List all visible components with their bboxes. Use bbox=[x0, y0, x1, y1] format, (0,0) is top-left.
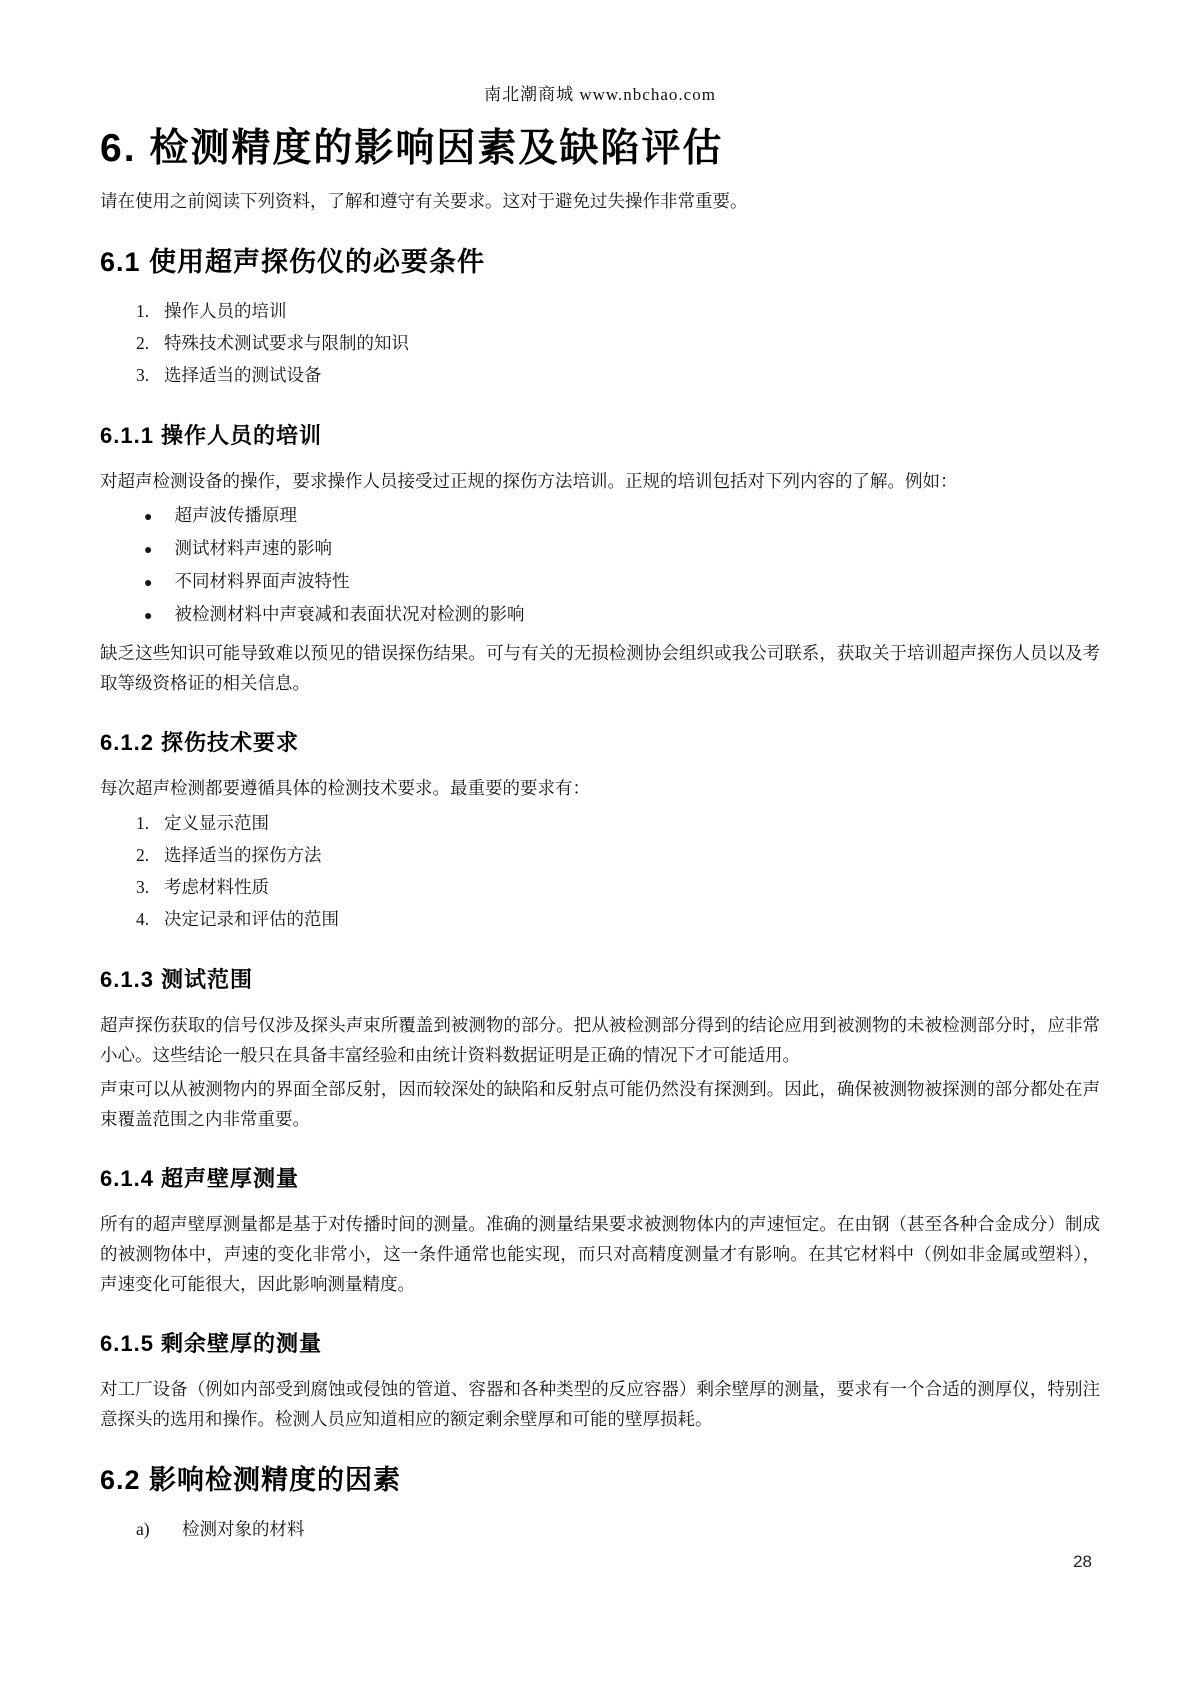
list-item: 2. 选择适当的探伤方法 bbox=[100, 839, 1100, 871]
list-item-text: 特殊技术测试要求与限制的知识 bbox=[164, 327, 409, 359]
list-item-text: 被检测材料中声衰减和表面状况对检测的影响 bbox=[174, 599, 524, 629]
training-topics-list: ● 超声波传播原理 ● 测试材料声速的影响 ● 不同材料界面声波特性 ● 被检测… bbox=[100, 500, 1100, 632]
paragraph: 声束可以从被测物内的界面全部反射，因而较深处的缺陷和反射点可能仍然没有探测到。因… bbox=[100, 1074, 1100, 1134]
list-marker: 1. bbox=[136, 295, 164, 327]
list-item-text: 选择适当的测试设备 bbox=[164, 359, 322, 391]
paragraph: 所有的超声壁厚测量都是基于对传播时间的测量。准确的测量结果要求被测物体内的声速恒… bbox=[100, 1209, 1100, 1299]
list-item: ● 不同材料界面声波特性 bbox=[100, 566, 1100, 599]
list-item: 4. 决定记录和评估的范围 bbox=[100, 903, 1100, 935]
list-marker: 1. bbox=[136, 807, 164, 839]
section-6-1-4-heading: 6.1.4 超声壁厚测量 bbox=[100, 1162, 1100, 1193]
list-item: 1. 操作人员的培训 bbox=[100, 295, 1100, 327]
list-item: 3. 考虑材料性质 bbox=[100, 871, 1100, 903]
paragraph: 缺乏这些知识可能导致难以预见的错误探伤结果。可与有关的无损检测协会组织或我公司联… bbox=[100, 638, 1100, 698]
list-marker: 4. bbox=[136, 903, 164, 935]
section-6-1-5-heading: 6.1.5 剩余壁厚的测量 bbox=[100, 1327, 1100, 1358]
list-item-text: 测试材料声速的影响 bbox=[174, 533, 332, 563]
list-item: 1. 定义显示范围 bbox=[100, 807, 1100, 839]
list-item: ● 超声波传播原理 bbox=[100, 500, 1100, 533]
page-content: 南北潮商城 www.nbchao.com 6. 检测精度的影响因素及缺陷评估 请… bbox=[0, 0, 1200, 1545]
list-item: 2. 特殊技术测试要求与限制的知识 bbox=[100, 327, 1100, 359]
paragraph: 超声探伤获取的信号仅涉及探头声束所覆盖到被测物的部分。把从被检测部分得到的结论应… bbox=[100, 1010, 1100, 1070]
list-item-text: 考虑材料性质 bbox=[164, 871, 269, 903]
site-header: 南北潮商城 www.nbchao.com bbox=[100, 80, 1100, 105]
list-item-text: 定义显示范围 bbox=[164, 807, 269, 839]
paragraph: 每次超声检测都要遵循具体的检测技术要求。最重要的要求有： bbox=[100, 773, 1100, 803]
list-item-text: 决定记录和评估的范围 bbox=[164, 903, 339, 935]
technique-requirements-list: 1. 定义显示范围 2. 选择适当的探伤方法 3. 考虑材料性质 4. 决定记录… bbox=[100, 807, 1100, 935]
accuracy-factors-list: a) 检测对象的材料 bbox=[100, 1513, 1100, 1545]
page-title: 6. 检测精度的影响因素及缺陷评估 bbox=[100, 127, 1100, 172]
list-item: a) 检测对象的材料 bbox=[100, 1513, 1100, 1545]
section-6-1-1-heading: 6.1.1 操作人员的培训 bbox=[100, 419, 1100, 450]
list-item: 3. 选择适当的测试设备 bbox=[100, 359, 1100, 391]
list-item-text: 检测对象的材料 bbox=[182, 1513, 305, 1545]
section-6-1-2-heading: 6.1.2 探伤技术要求 bbox=[100, 726, 1100, 757]
bullet-icon: ● bbox=[144, 536, 152, 566]
paragraph: 对超声检测设备的操作，要求操作人员接受过正规的探伤方法培训。正规的培训包括对下列… bbox=[100, 466, 1100, 496]
page-number: 28 bbox=[1073, 1552, 1092, 1572]
bullet-icon: ● bbox=[144, 503, 152, 533]
list-marker: 2. bbox=[136, 327, 164, 359]
list-item-text: 选择适当的探伤方法 bbox=[164, 839, 322, 871]
list-marker: 3. bbox=[136, 871, 164, 903]
list-item-text: 操作人员的培训 bbox=[164, 295, 287, 327]
section-6-1-3-heading: 6.1.3 测试范围 bbox=[100, 963, 1100, 994]
section-6-1-list: 1. 操作人员的培训 2. 特殊技术测试要求与限制的知识 3. 选择适当的测试设… bbox=[100, 295, 1100, 391]
document-page: 南北潮商城 www.nbchao.com 6. 检测精度的影响因素及缺陷评估 请… bbox=[0, 0, 1200, 1697]
list-marker: 2. bbox=[136, 839, 164, 871]
list-marker: a) bbox=[136, 1513, 182, 1545]
bullet-icon: ● bbox=[144, 569, 152, 599]
list-item: ● 测试材料声速的影响 bbox=[100, 533, 1100, 566]
list-marker: 3. bbox=[136, 359, 164, 391]
list-item: ● 被检测材料中声衰减和表面状况对检测的影响 bbox=[100, 599, 1100, 632]
list-item-text: 不同材料界面声波特性 bbox=[174, 566, 349, 596]
section-6-1-heading: 6.1 使用超声探伤仪的必要条件 bbox=[100, 240, 1100, 279]
paragraph: 对工厂设备（例如内部受到腐蚀或侵蚀的管道、容器和各种类型的反应容器）剩余壁厚的测… bbox=[100, 1374, 1100, 1434]
bullet-icon: ● bbox=[144, 602, 152, 632]
list-item-text: 超声波传播原理 bbox=[174, 500, 297, 530]
section-6-2-heading: 6.2 影响检测精度的因素 bbox=[100, 1458, 1100, 1497]
intro-paragraph: 请在使用之前阅读下列资料，了解和遵守有关要求。这对于避免过失操作非常重要。 bbox=[100, 186, 1100, 216]
